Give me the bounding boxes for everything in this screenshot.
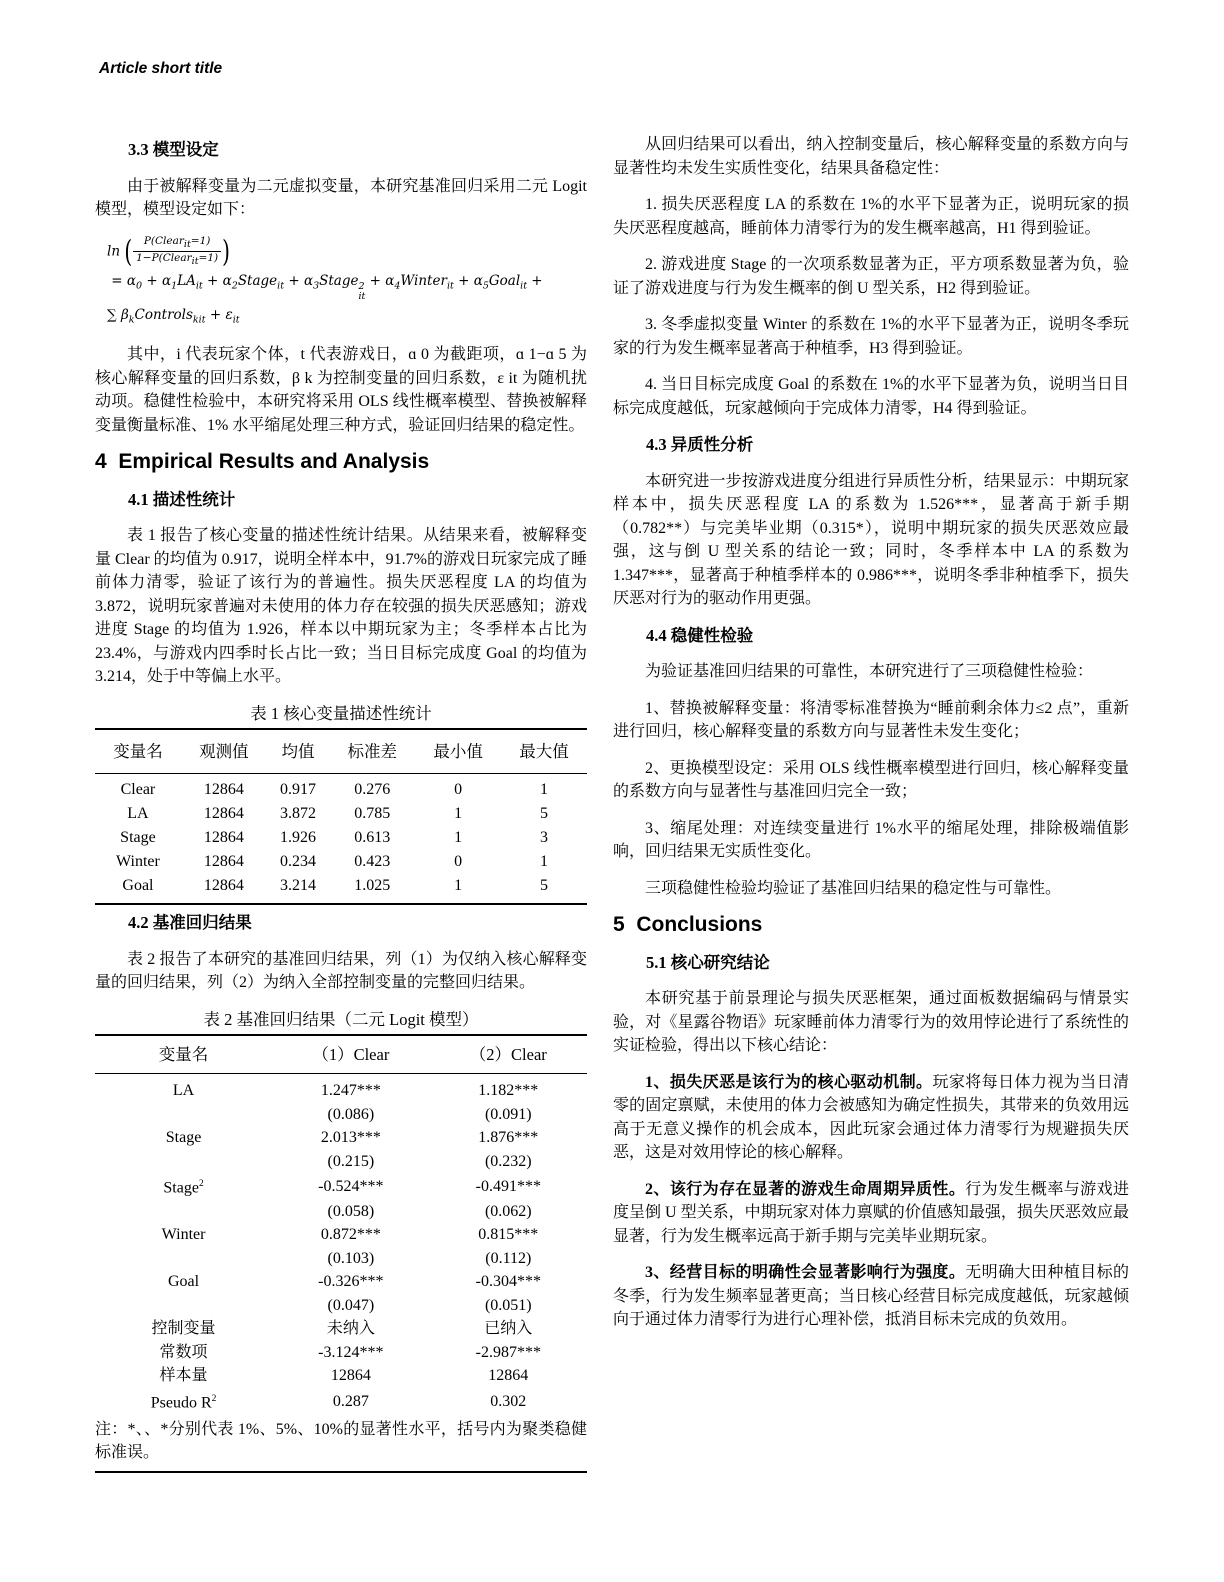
table-row: Stage128641.9260.61313: [95, 826, 587, 850]
table-cell: [95, 1200, 272, 1224]
table-cell: 1: [501, 850, 587, 874]
table-1-descriptive-stats: 变量名观测值均值标准差最小值最大值 Clear128640.9170.27601…: [95, 728, 587, 906]
table-cell: 12864: [181, 802, 267, 826]
table-cell: (0.051): [430, 1294, 587, 1318]
heading-4-1: 4.1 描述性统计: [95, 488, 587, 512]
table-cell: 12864: [181, 850, 267, 874]
right-column: 从回归结果可以看出，纳入控制变量后，核心解释变量的系数方向与显著性均未发生实质性…: [613, 133, 1129, 1332]
table-cell: 12864: [430, 1364, 587, 1388]
table-row: (0.086)(0.091): [95, 1103, 587, 1127]
table-cell: (0.086): [272, 1103, 429, 1127]
table-cell: LA: [95, 1074, 272, 1103]
paragraph-result-h3: 3. 冬季虚拟变量 Winter 的系数在 1%的水平下显著为正，说明冬季玩家的…: [613, 313, 1129, 360]
table-row: 样本量1286412864: [95, 1364, 587, 1388]
table-cell: -2.987***: [430, 1341, 587, 1365]
paragraph-robustness-summary: 三项稳健性检验均验证了基准回归结果的稳定性与可靠性。: [613, 877, 1129, 901]
table2-column-header: （2）Clear: [430, 1035, 587, 1074]
table-row: LA128643.8720.78515: [95, 802, 587, 826]
table2-column-header: （1）Clear: [272, 1035, 429, 1074]
table-cell: 3.872: [267, 802, 329, 826]
table-cell: -0.326***: [272, 1270, 429, 1294]
table1-column-header: 均值: [267, 729, 329, 774]
table-cell: LA: [95, 802, 181, 826]
table-1-caption: 表 1 核心变量描述性统计: [95, 702, 587, 725]
table-cell: 0.815***: [430, 1223, 587, 1247]
table-cell: 已纳入: [430, 1317, 587, 1341]
table1-column-header: 观测值: [181, 729, 267, 774]
table-cell: 3.214: [267, 874, 329, 905]
table-row: Clear128640.9170.27601: [95, 774, 587, 802]
paragraph-heterogeneity: 本研究进一步按游戏进度分组进行异质性分析，结果显示：中期玩家样本中，损失厌恶程度…: [613, 470, 1129, 611]
table-cell: 0.234: [267, 850, 329, 874]
table-cell: 控制变量: [95, 1317, 272, 1341]
table-cell: Clear: [95, 774, 181, 802]
table-cell: 0.423: [329, 850, 415, 874]
table-cell: 1.876***: [430, 1126, 587, 1150]
table-cell: 1: [415, 874, 501, 905]
table-row: (0.047)(0.051): [95, 1294, 587, 1318]
table-cell: 0.287: [272, 1388, 429, 1415]
table-cell: 1.926: [267, 826, 329, 850]
heading-4-3: 4.3 异质性分析: [613, 433, 1129, 457]
conclusion-3-lead: 3、经营目标的明确性会显著影响行为强度。: [645, 1264, 965, 1281]
table-2-baseline-regression: 变量名（1）Clear（2）ClearLA1.247***1.182***(0.…: [95, 1034, 587, 1473]
paragraph-descriptive-stats: 表 1 报告了核心变量的描述性统计结果。从结果来看，被解释变量 Clear 的均…: [95, 524, 587, 689]
paragraph-conclusion-2: 2、该行为存在显著的游戏生命周期异质性。行为发生概率与游戏进度呈倒 U 型关系，…: [613, 1178, 1129, 1249]
table2-header-row: 变量名（1）Clear（2）Clear: [95, 1035, 587, 1074]
table-cell: (0.103): [272, 1247, 429, 1271]
table-cell: Winter: [95, 850, 181, 874]
paragraph-robustness-1: 1、替换被解释变量：将清零标准替换为“睡前剩余体力≤2 点”，重新进行回归，核心…: [613, 697, 1129, 744]
table-cell: 0: [415, 774, 501, 802]
running-head: Article short title: [99, 60, 222, 78]
paragraph-model-notation: 其中，i 代表玩家个体，t 代表游戏日，ɑ 0 为截距项，ɑ 1−ɑ 5 为核心…: [95, 343, 587, 437]
table-row: Stage2.013***1.876***: [95, 1126, 587, 1150]
table-row: Goal-0.326***-0.304***: [95, 1270, 587, 1294]
paragraph-robustness-2: 2、更换模型设定：采用 OLS 线性概率模型进行回归，核心解释变量的系数方向与显…: [613, 757, 1129, 804]
table-cell: Pseudo R2: [95, 1388, 272, 1415]
formula-line: ln (P(Clearit=1)1−P(Clearit=1)) = α0 + α…: [107, 235, 587, 303]
table-cell: Stage: [95, 1126, 272, 1150]
paragraph-result-h1: 1. 损失厌恶程度 LA 的系数在 1%的水平下显著为正，说明玩家的损失厌恶程度…: [613, 193, 1129, 240]
paragraph-robustness-intro: 为验证基准回归结果的可靠性，本研究进行了三项稳健性检验：: [613, 660, 1129, 684]
table-cell: 1.182***: [430, 1074, 587, 1103]
table-cell: [95, 1247, 272, 1271]
paragraph-model-intro: 由于被解释变量为二元虚拟变量，本研究基准回归采用二元 Logit 模型，模型设定…: [95, 175, 587, 222]
table-cell: Stage2: [95, 1173, 272, 1200]
table-row: Winter0.872***0.815***: [95, 1223, 587, 1247]
fraction: P(Clearit=1)1−P(Clearit=1): [133, 235, 221, 269]
table-cell: 12864: [181, 874, 267, 905]
table-cell: (0.215): [272, 1150, 429, 1174]
heading-4-2: 4.2 基准回归结果: [95, 911, 587, 935]
table-cell: Goal: [95, 874, 181, 905]
paragraph-result-h4: 4. 当日目标完成度 Goal 的系数在 1%的水平下显著为负，说明当日目标完成…: [613, 373, 1129, 420]
table-cell: -0.304***: [430, 1270, 587, 1294]
table-row: (0.103)(0.112): [95, 1247, 587, 1271]
table-2-caption: 表 2 基准回归结果（二元 Logit 模型）: [95, 1008, 587, 1031]
formula-line: ∑ βkControlskit + εit: [107, 302, 587, 330]
heading-5-1: 5.1 核心研究结论: [613, 951, 1129, 975]
table-cell: 1: [415, 802, 501, 826]
table-cell: 0.785: [329, 802, 415, 826]
table2-column-header: 变量名: [95, 1035, 272, 1074]
conclusion-1-lead: 1、损失厌恶是该行为的核心驱动机制。: [645, 1074, 932, 1091]
paragraph-conclusion-3: 3、经营目标的明确性会显著影响行为强度。无明确大田种植目标的冬季，行为发生频率显…: [613, 1261, 1129, 1332]
table-cell: 12864: [181, 774, 267, 802]
table-cell: 0.872***: [272, 1223, 429, 1247]
table-cell: Winter: [95, 1223, 272, 1247]
table-cell: (0.112): [430, 1247, 587, 1271]
table-row: 控制变量未纳入已纳入: [95, 1317, 587, 1341]
table-row: 常数项-3.124***-2.987***: [95, 1341, 587, 1365]
table-cell: 0.613: [329, 826, 415, 850]
table-cell: 常数项: [95, 1341, 272, 1365]
table-cell: -0.524***: [272, 1173, 429, 1200]
table-row: Stage2-0.524***-0.491***: [95, 1173, 587, 1200]
table-row: LA1.247***1.182***: [95, 1074, 587, 1103]
table-cell: 3: [501, 826, 587, 850]
table2-note-row: 注：*、、*分别代表 1%、5%、10%的显著性水平，括号内为聚类稳健标准误。: [95, 1415, 587, 1472]
table-cell: 1: [415, 826, 501, 850]
logit-model-formula: ln (P(Clearit=1)1−P(Clearit=1)) = α0 + α…: [95, 235, 587, 331]
table-cell: 1: [501, 774, 587, 802]
table-cell: [95, 1103, 272, 1127]
table-cell: 0.302: [430, 1388, 587, 1415]
table1-column-header: 最小值: [415, 729, 501, 774]
table-cell: 12864: [272, 1364, 429, 1388]
table-row: Pseudo R20.2870.302: [95, 1388, 587, 1415]
table-row: Winter128640.2340.42301: [95, 850, 587, 874]
paragraph-conclusions-intro: 本研究基于前景理论与损失厌恶框架，通过面板数据编码与情景实验，对《星露谷物语》玩…: [613, 987, 1129, 1058]
table-cell: 1.025: [329, 874, 415, 905]
left-column: 3.3 模型设定 由于被解释变量为二元虚拟变量，本研究基准回归采用二元 Logi…: [95, 133, 587, 1473]
table-cell: 未纳入: [272, 1317, 429, 1341]
table-cell: (0.232): [430, 1150, 587, 1174]
table-cell: -0.491***: [430, 1173, 587, 1200]
table-cell: 2.013***: [272, 1126, 429, 1150]
paragraph-robustness-3: 3、缩尾处理：对连续变量进行 1%水平的缩尾处理，排除极端值影响，回归结果无实质…: [613, 817, 1129, 864]
paragraph-baseline-intro: 表 2 报告了本研究的基准回归结果，列（1）为仅纳入核心解释变量的回归结果，列（…: [95, 948, 587, 995]
table-cell: (0.047): [272, 1294, 429, 1318]
table-cell: 0.276: [329, 774, 415, 802]
paragraph-results-overview: 从回归结果可以看出，纳入控制变量后，核心解释变量的系数方向与显著性均未发生实质性…: [613, 133, 1129, 180]
paper-page: Article short title 3.3 模型设定 由于被解释变量为二元虚…: [0, 0, 1224, 1582]
table-cell: -3.124***: [272, 1341, 429, 1365]
table-cell: (0.062): [430, 1200, 587, 1224]
table-row: (0.058)(0.062): [95, 1200, 587, 1224]
table-cell: 1.247***: [272, 1074, 429, 1103]
paragraph-conclusion-1: 1、损失厌恶是该行为的核心驱动机制。玩家将每日体力视为当日清零的固定禀赋，未使用…: [613, 1071, 1129, 1165]
table-header-row: 变量名观测值均值标准差最小值最大值: [95, 729, 587, 774]
table-cell: 12864: [181, 826, 267, 850]
table2-note: 注：*、、*分别代表 1%、5%、10%的显著性水平，括号内为聚类稳健标准误。: [95, 1415, 587, 1472]
paragraph-result-h2: 2. 游戏进度 Stage 的一次项系数显著为正，平方项系数显著为负，验证了游戏…: [613, 253, 1129, 300]
table1-column-header: 变量名: [95, 729, 181, 774]
heading-4: 4 Empirical Results and Analysis: [95, 450, 587, 474]
heading-3-3: 3.3 模型设定: [95, 138, 587, 162]
table-row: Goal128643.2141.02515: [95, 874, 587, 905]
table-cell: 5: [501, 802, 587, 826]
table-cell: Stage: [95, 826, 181, 850]
heading-4-4: 4.4 稳健性检验: [613, 624, 1129, 648]
table-cell: 0: [415, 850, 501, 874]
table-cell: 0.917: [267, 774, 329, 802]
table-cell: (0.091): [430, 1103, 587, 1127]
heading-5: 5 Conclusions: [613, 913, 1129, 937]
table-cell: Goal: [95, 1270, 272, 1294]
table-row: (0.215)(0.232): [95, 1150, 587, 1174]
table-cell: 5: [501, 874, 587, 905]
table-cell: [95, 1150, 272, 1174]
table1-column-header: 最大值: [501, 729, 587, 774]
conclusion-2-lead: 2、该行为存在显著的游戏生命周期异质性。: [645, 1181, 965, 1198]
table-cell: [95, 1294, 272, 1318]
table-cell: 样本量: [95, 1364, 272, 1388]
table-cell: (0.058): [272, 1200, 429, 1224]
table1-column-header: 标准差: [329, 729, 415, 774]
